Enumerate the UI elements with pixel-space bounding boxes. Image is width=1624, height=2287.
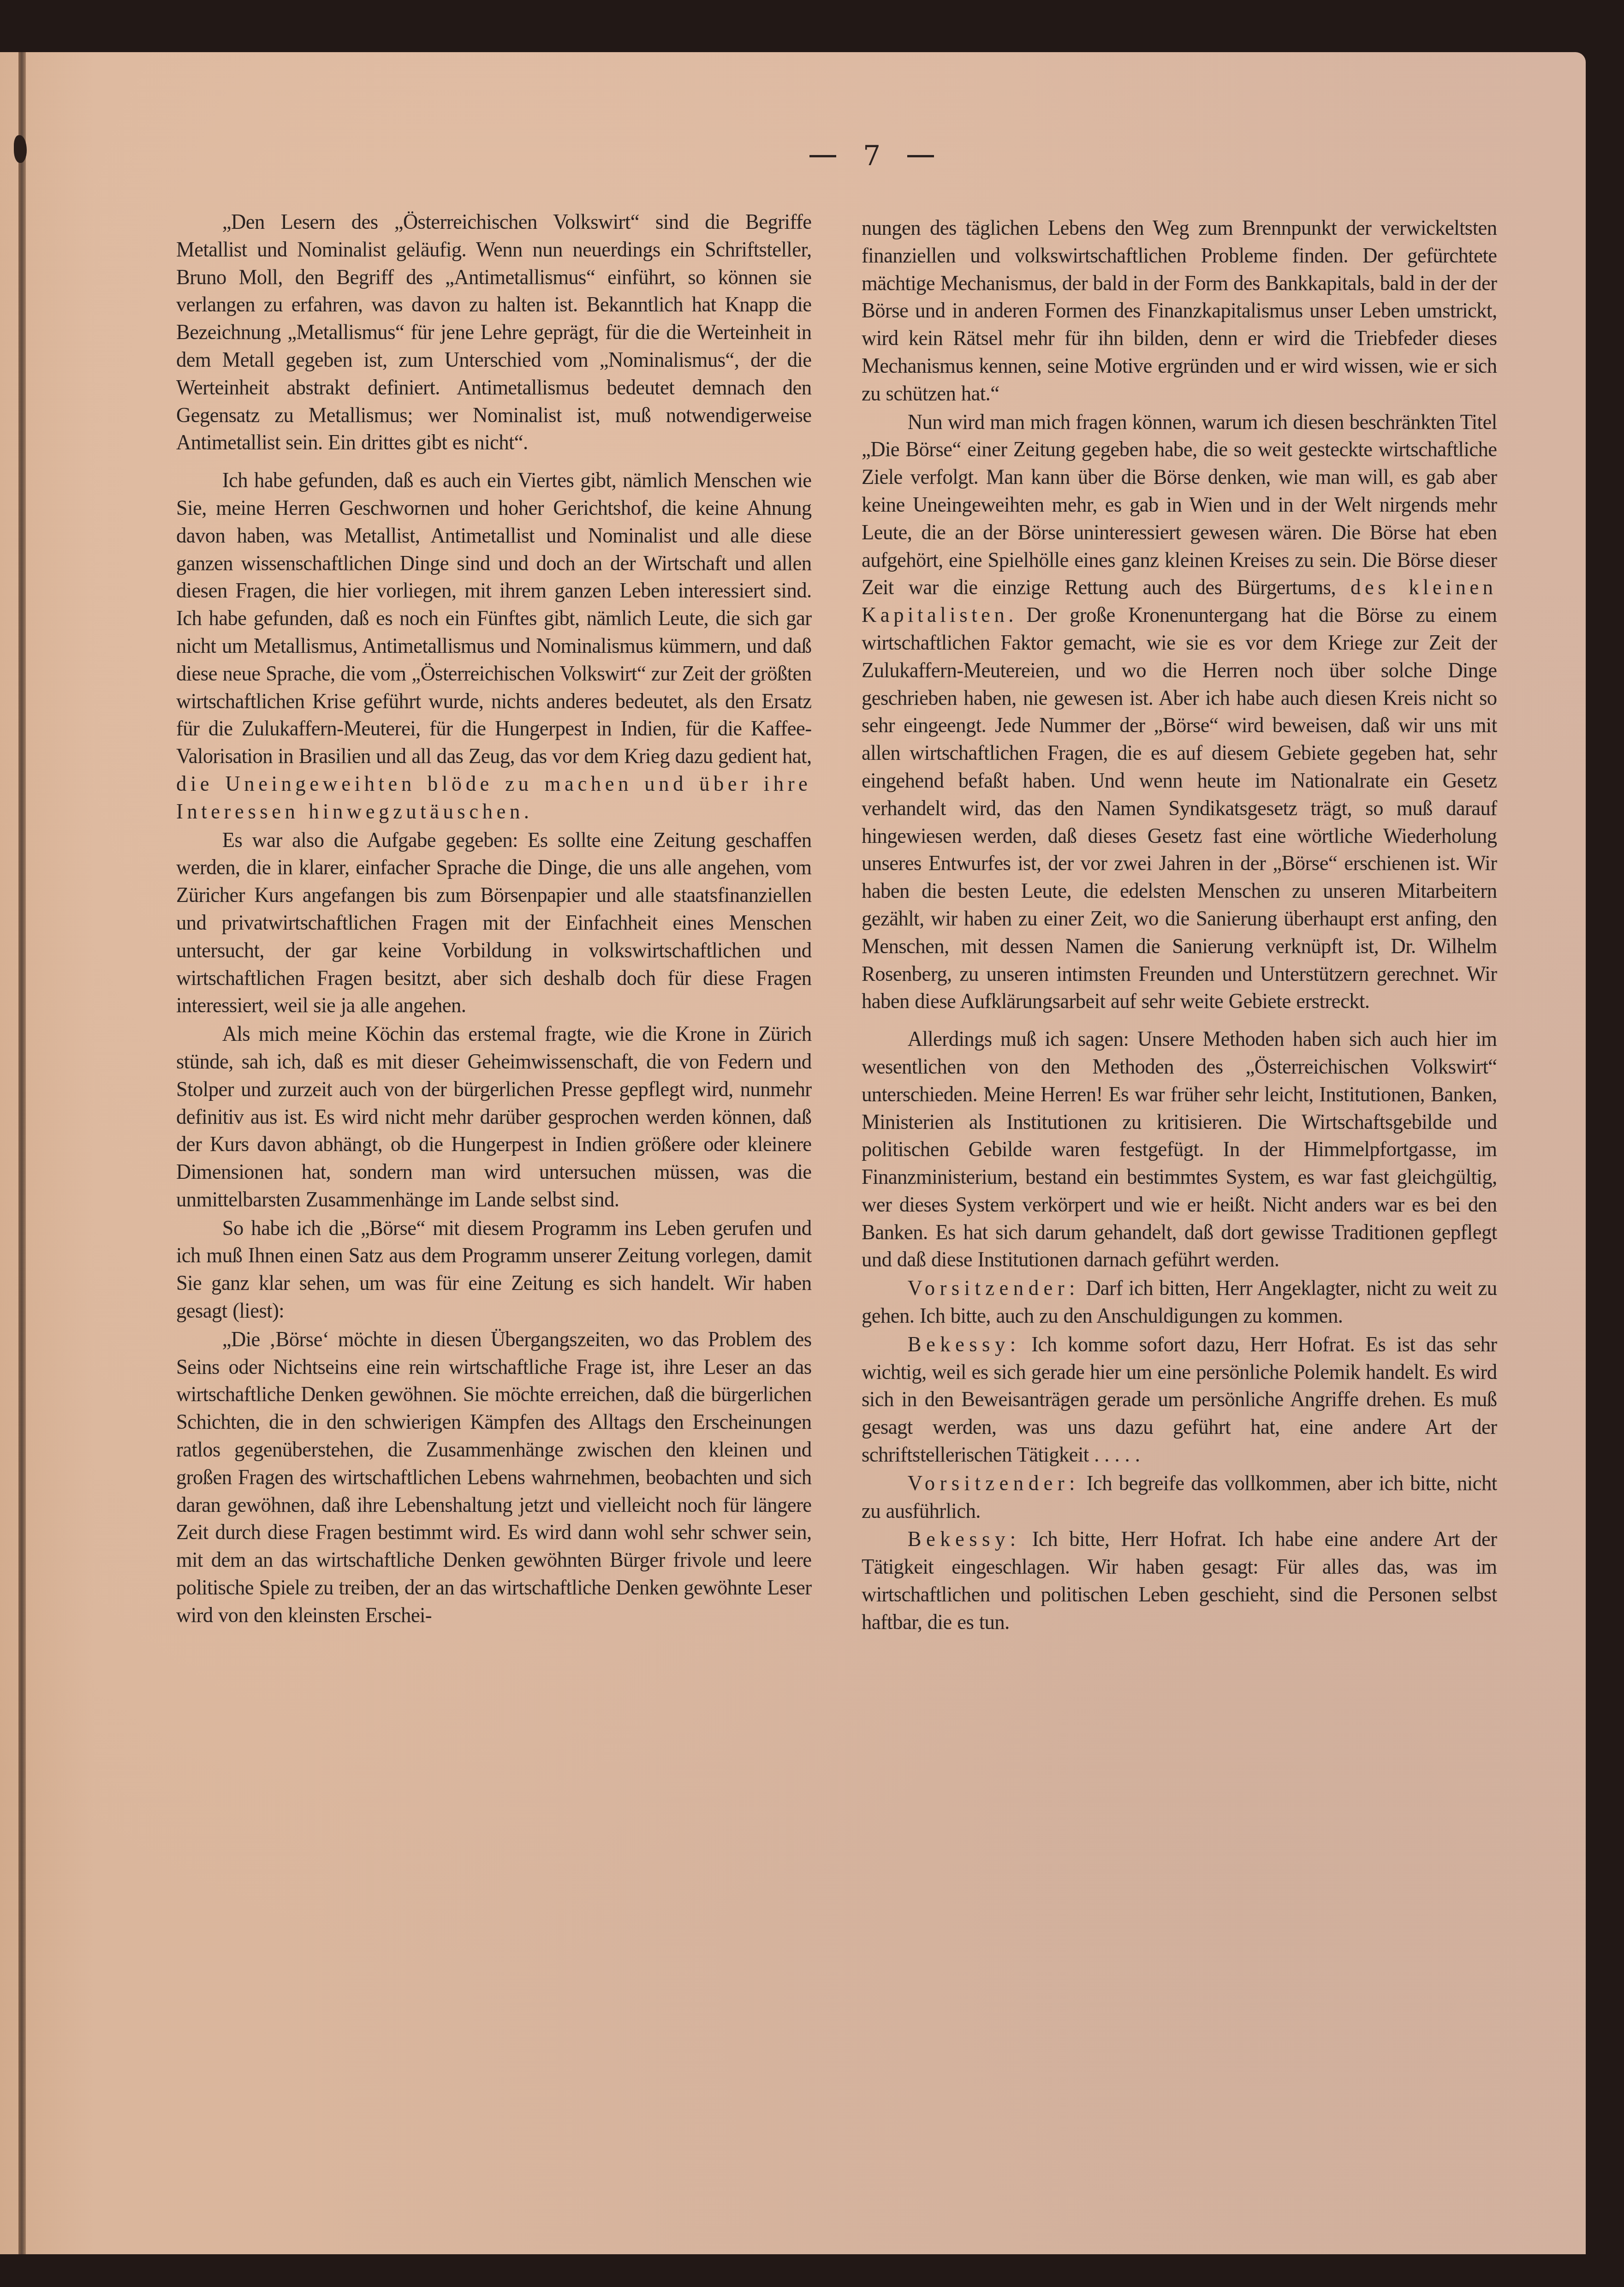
paragraph: „Den Lesern des „Österreichischen Volksw… — [176, 209, 812, 457]
quoted-paragraph: „Die ‚Börse‘ möchte in diesen Übergangsz… — [176, 1326, 812, 1630]
emphasized-spaced-text: die Uneingeweihten blöde zu machen und ü… — [176, 772, 812, 824]
page-number-value: 7 — [863, 140, 880, 172]
paragraph-text: . — [524, 800, 529, 824]
left-column: „Den Lesern des „Österreichischen Volksw… — [176, 209, 812, 1630]
binding-edge — [18, 52, 26, 2254]
paragraph: Nun wird man mich fragen können, warum i… — [862, 409, 1497, 1016]
dialogue-paragraph: Bekessy: Ich komme sofort dazu, Herr Hof… — [862, 1331, 1497, 1469]
speaker-label: Vorsitzender: — [908, 1276, 1080, 1300]
dialogue-paragraph: Vorsitzender: Darf ich bitten, Herr Ange… — [862, 1275, 1497, 1330]
paragraph-text: . Der große Kronenuntergang hat die Börs… — [862, 603, 1497, 1013]
dialogue-paragraph: Bekessy: Ich bitte, Herr Hofrat. Ich hab… — [862, 1526, 1497, 1636]
right-column: nungen des täglichen Lebens den Weg zum … — [862, 215, 1497, 1636]
paragraph: Allerdings muß ich sagen: Unsere Methode… — [862, 1026, 1497, 1274]
speaker-label: Bekessy: — [908, 1527, 1021, 1551]
page-number-dash-right — [907, 155, 934, 157]
paragraph-continuation: nungen des täglichen Lebens den Weg zum … — [862, 215, 1497, 408]
paragraph-text: Ich habe gefunden, daß es auch ein Viert… — [176, 468, 812, 768]
paragraph: Als mich meine Köchin das erstemal fragt… — [176, 1021, 812, 1214]
dialogue-paragraph: Vorsitzender: Ich begreife das vollkomme… — [862, 1470, 1497, 1525]
speaker-label: Bekessy: — [908, 1332, 1021, 1356]
paragraph: Es war also die Aufgabe gegeben: Es soll… — [176, 827, 812, 1020]
paragraph-text: Nun wird man mich fragen können, warum i… — [862, 410, 1497, 600]
speaker-label: Vorsitzender: — [908, 1471, 1080, 1495]
page-number-dash-left — [809, 155, 836, 157]
paragraph: So habe ich die „Börse“ mit diesem Progr… — [176, 1215, 812, 1325]
paragraph: Ich habe gefunden, daß es auch ein Viert… — [176, 467, 812, 825]
page-number: 7 — [784, 137, 959, 174]
